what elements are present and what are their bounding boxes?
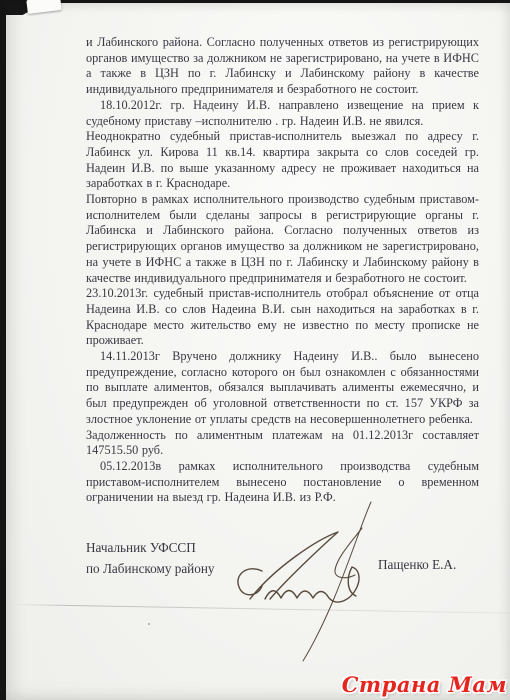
scanned-document-photo: и Лабинского района. Согласно полученных… <box>0 0 510 700</box>
signer-position-line2: по Лабинскому району <box>86 558 215 579</box>
dust-speck <box>466 57 468 59</box>
site-watermark: Страна Мам <box>342 672 507 697</box>
paragraph: Задолженность по алиментным платежам на … <box>86 428 479 459</box>
paragraph: 23.10.2013г. судебный пристав-исполнител… <box>86 286 479 349</box>
document-body: и Лабинского района. Согласно полученных… <box>86 35 479 506</box>
paragraph: и Лабинского района. Согласно полученных… <box>86 35 479 98</box>
handwritten-signature <box>225 495 395 667</box>
paragraph: 18.10.2012г. гр. Надеину И.В. направлено… <box>86 98 479 129</box>
paragraph: 14.11.2013г Вручено должнику Надеину И.В… <box>86 349 479 428</box>
signer-position: Начальник УФССП по Лабинскому району <box>86 537 215 579</box>
dust-speck <box>148 623 150 625</box>
paragraph: Повторно в рамках исполнительного произв… <box>86 192 479 286</box>
signer-position-line1: Начальник УФССП <box>86 537 215 558</box>
signer-name: Пащенко Е.А. <box>378 557 456 573</box>
paragraph: Неоднократно судебный пристав-исполнител… <box>86 129 479 192</box>
